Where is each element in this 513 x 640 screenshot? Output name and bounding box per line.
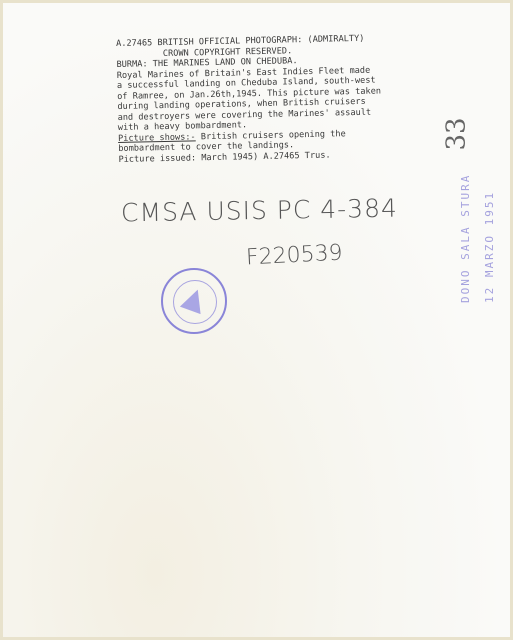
photo-back-paper: A.27465 BRITISH OFFICIAL PHOTOGRAPH: (AD… [0, 0, 513, 640]
archive-seal-stamp [161, 268, 227, 334]
donation-stamp-line2: 12 MARZO 1951 [483, 191, 496, 303]
handwritten-inventory-number: F220539 [245, 240, 343, 270]
donation-stamp-line1: DONO SALA STURA [459, 174, 472, 303]
handwritten-number: 33 [442, 117, 472, 150]
handwritten-archive-ref: CMSA USIS PC 4-384 [121, 194, 398, 228]
